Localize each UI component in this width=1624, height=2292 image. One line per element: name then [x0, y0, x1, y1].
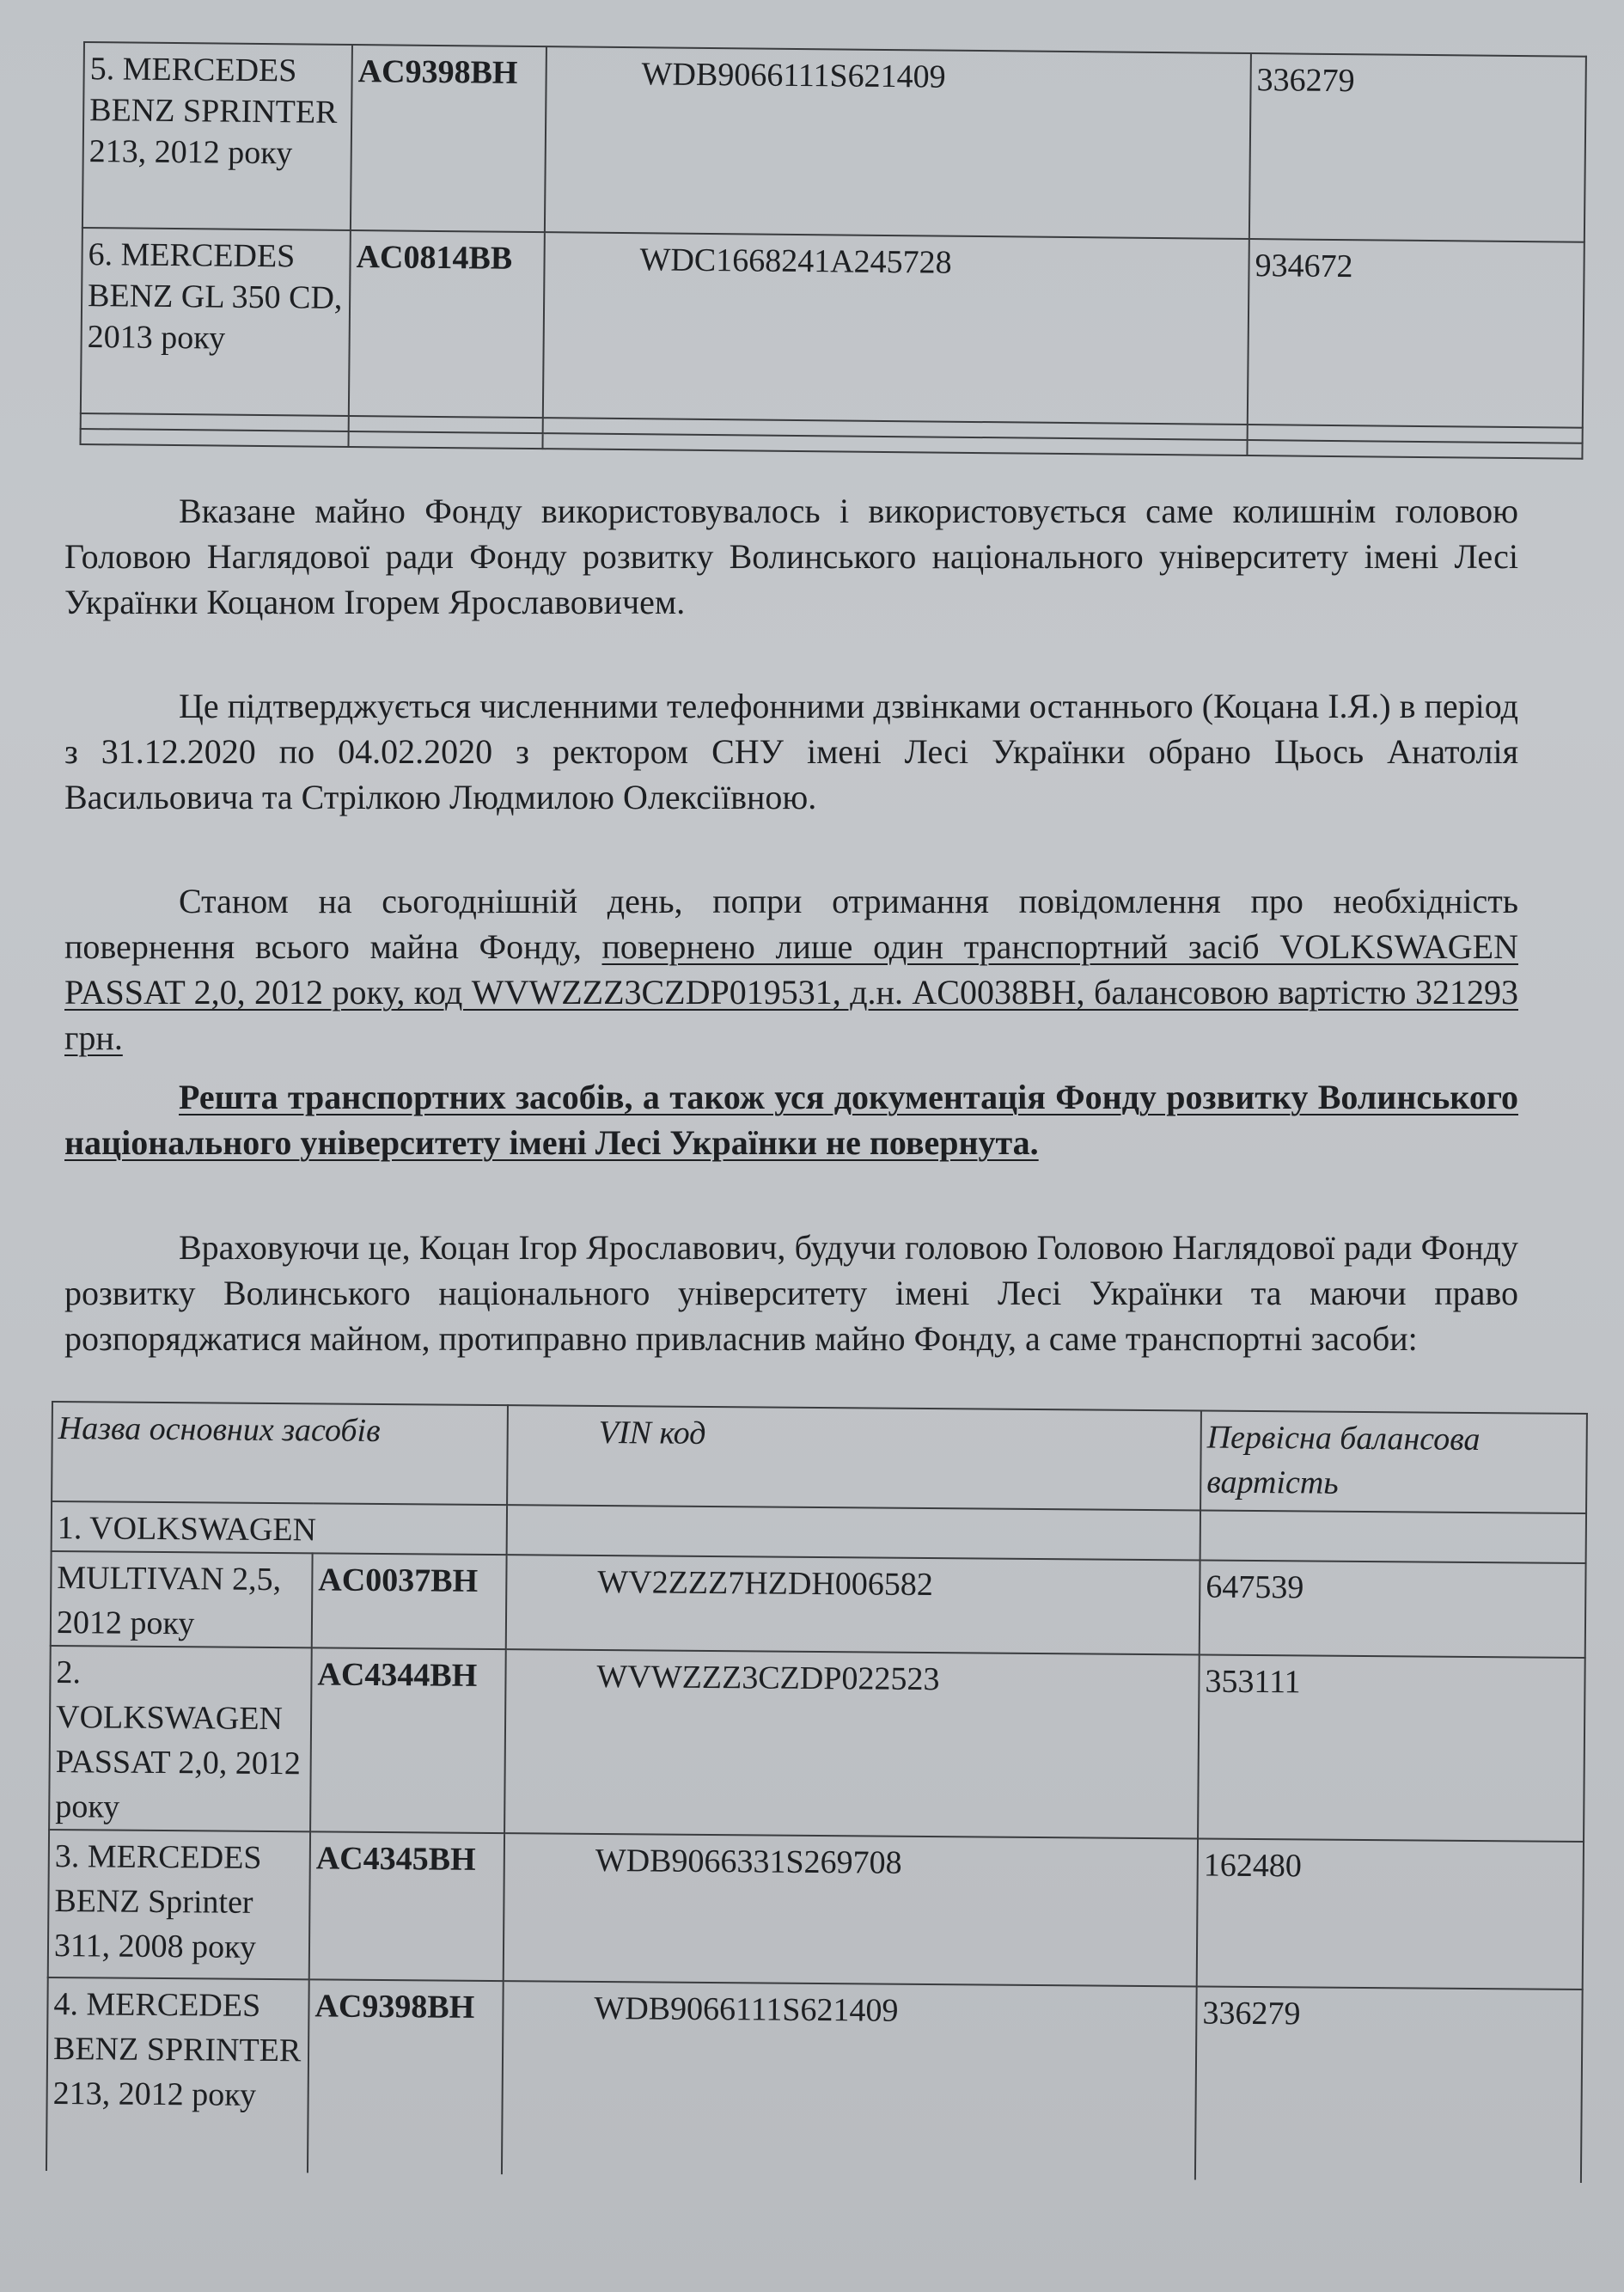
vin-code: WDB9066111S621409	[502, 1981, 1197, 2179]
group-label: 1. VOLKSWAGEN	[52, 1501, 507, 1555]
table-row: 4. MERCEDES BENZ SPRINTER 213, 2012 року…	[46, 1977, 1583, 2183]
plate-number: AC0037BH	[312, 1553, 507, 1649]
balance-cost: 647539	[1200, 1561, 1586, 1659]
plate-number: AC9398BH	[351, 45, 546, 232]
balance-cost: 934672	[1248, 239, 1584, 428]
table-row: MULTIVAN 2,5, 2012 року AC0037BH WV2ZZZ7…	[51, 1551, 1586, 1658]
table-row: 3. MERCEDES BENZ Sprinter 311, 2008 року…	[48, 1830, 1584, 1989]
vin-code: WVWZZZ3CZDP022523	[504, 1649, 1200, 1838]
table-row: 5. MERCEDES BENZ SPRINTER 213, 2012 року…	[82, 42, 1586, 242]
vehicle-table-continued: 5. MERCEDES BENZ SPRINTER 213, 2012 року…	[79, 41, 1586, 460]
vehicle-name: MULTIVAN 2,5, 2012 року	[51, 1551, 313, 1647]
header-vin: VIN код	[507, 1405, 1201, 1510]
vehicle-name: 3. MERCEDES BENZ Sprinter 311, 2008 року	[48, 1830, 310, 1979]
vin-code: WDC1668241A245728	[543, 232, 1249, 425]
vin-code: WDB9066111S621409	[545, 46, 1251, 239]
vehicle-name: 5. MERCEDES BENZ SPRINTER 213, 2012 року	[82, 42, 352, 230]
vehicle-name: 4. MERCEDES BENZ SPRINTER 213, 2012 року	[46, 1977, 309, 2173]
table-row: 2. VOLKSWAGEN PASSAT 2,0, 2012 року AC43…	[49, 1646, 1585, 1842]
paragraph-appropriation: Враховуючи це, Коцан Ігор Ярославович, б…	[64, 1225, 1518, 1361]
header-asset-name: Назва основних засобів	[52, 1402, 508, 1505]
vehicle-name: 2. VOLKSWAGEN PASSAT 2,0, 2012 року	[49, 1646, 312, 1831]
vin-code: WDB9066331S269708	[504, 1833, 1198, 1986]
table-row: 6. MERCEDES BENZ GL 350 CD, 2013 року AC…	[81, 228, 1584, 428]
not-returned-statement: Решта транспортних засобів, а також уся …	[64, 1078, 1518, 1162]
plate-number: AC4345BH	[309, 1831, 504, 1981]
paragraph-phone-calls: Це підтверджується численними телефонним…	[64, 683, 1518, 820]
header-balance-cost: Первісна балансова вартість	[1200, 1411, 1587, 1514]
paragraph-property-usage: Вказане майно Фонду використовувалось і …	[64, 488, 1518, 625]
vin-code: WV2ZZZ7HZDH006582	[506, 1555, 1200, 1654]
plate-number: AC9398BH	[308, 1979, 504, 2174]
balance-cost: 162480	[1197, 1838, 1584, 1989]
balance-cost: 336279	[1195, 1986, 1583, 2183]
appropriated-vehicles-table: Назва основних засобів VIN код Первісна …	[46, 1401, 1588, 2183]
plate-number: AC0814BB	[349, 230, 545, 418]
balance-cost: 353111	[1198, 1654, 1585, 1842]
paragraph-not-returned: Решта транспортних засобів, а також уся …	[64, 1074, 1518, 1165]
plate-number: AC4344BH	[310, 1647, 506, 1833]
document-page: 5. MERCEDES BENZ SPRINTER 213, 2012 року…	[0, 0, 1624, 2292]
table-header-row: Назва основних засобів VIN код Первісна …	[52, 1402, 1587, 1513]
paragraph-returned-vehicle: Станом на сьогоднішній день, попри отрим…	[64, 878, 1518, 1060]
vehicle-name: 6. MERCEDES BENZ GL 350 CD, 2013 року	[81, 228, 351, 416]
balance-cost: 336279	[1249, 53, 1586, 242]
